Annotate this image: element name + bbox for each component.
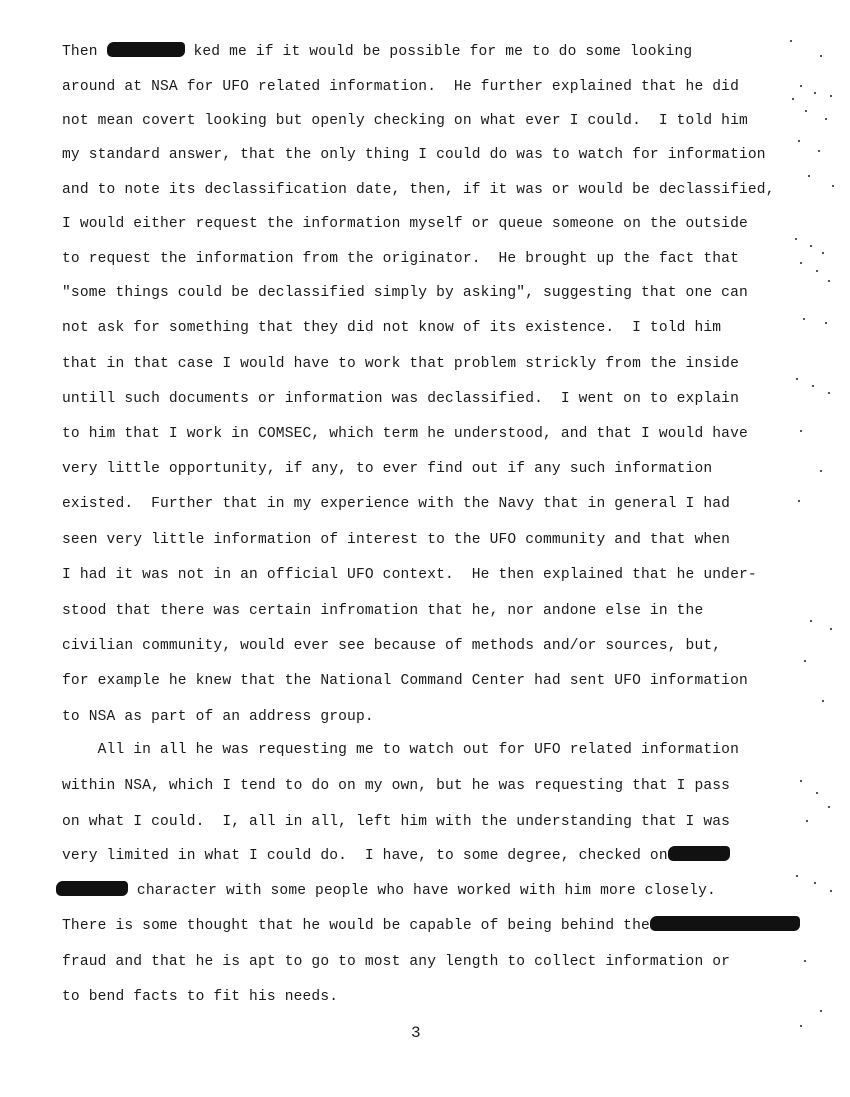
text-line: on what I could. I, all in all, left him…: [62, 812, 730, 832]
text-line: within NSA, which I tend to do on my own…: [62, 776, 730, 796]
text-line: for example he knew that the National Co…: [62, 671, 748, 691]
text-line: around at NSA for UFO related informatio…: [62, 77, 739, 97]
text-line: There is some thought that he would be c…: [62, 916, 800, 936]
text-line: All in all he was requesting me to watch…: [62, 740, 739, 760]
text-line: stood that there was certain infromation…: [62, 601, 703, 621]
redaction-block: [668, 846, 730, 861]
text-line: untill such documents or information was…: [62, 389, 739, 409]
text-line: and to note its declassification date, t…: [62, 180, 775, 200]
text-line: to him that I work in COMSEC, which term…: [62, 424, 748, 444]
text-line: that in that case I would have to work t…: [62, 354, 739, 374]
text-line: character with some people who have work…: [62, 881, 716, 901]
redaction-block: [107, 42, 185, 57]
text-line: I had it was not in an official UFO cont…: [62, 565, 757, 585]
text-line: not mean covert looking but openly check…: [62, 111, 748, 131]
text-line: to NSA as part of an address group.: [62, 707, 374, 727]
text-line: "some things could be declassified simpl…: [62, 283, 748, 303]
text-line: very little opportunity, if any, to ever…: [62, 459, 712, 479]
text-line: to request the information from the orig…: [62, 249, 739, 269]
line-text: There is some thought that he would be c…: [62, 918, 650, 934]
text-line: my standard answer, that the only thing …: [62, 145, 766, 165]
text-line: fraud and that he is apt to go to most a…: [62, 952, 730, 972]
redaction-block: [56, 881, 128, 896]
line-text: Then: [62, 44, 107, 60]
text-line: very limited in what I could do. I have,…: [62, 846, 730, 866]
text-line: Then ked me if it would be possible for …: [62, 42, 692, 62]
scan-noise-margin: [770, 0, 850, 1097]
line-text: character with some people who have work…: [128, 883, 716, 899]
line-text: ked me if it would be possible for me to…: [185, 44, 693, 60]
text-line: civilian community, would ever see becau…: [62, 636, 721, 656]
text-line: existed. Further that in my experience w…: [62, 494, 730, 514]
text-line: seen very little information of interest…: [62, 530, 730, 550]
text-line: not ask for something that they did not …: [62, 318, 721, 338]
line-text: very limited in what I could do. I have,…: [62, 848, 668, 864]
page-number: 3: [411, 1024, 421, 1042]
text-line: I would either request the information m…: [62, 214, 748, 234]
text-line: to bend facts to fit his needs.: [62, 987, 338, 1007]
document-page: Then ked me if it would be possible for …: [0, 0, 850, 1097]
